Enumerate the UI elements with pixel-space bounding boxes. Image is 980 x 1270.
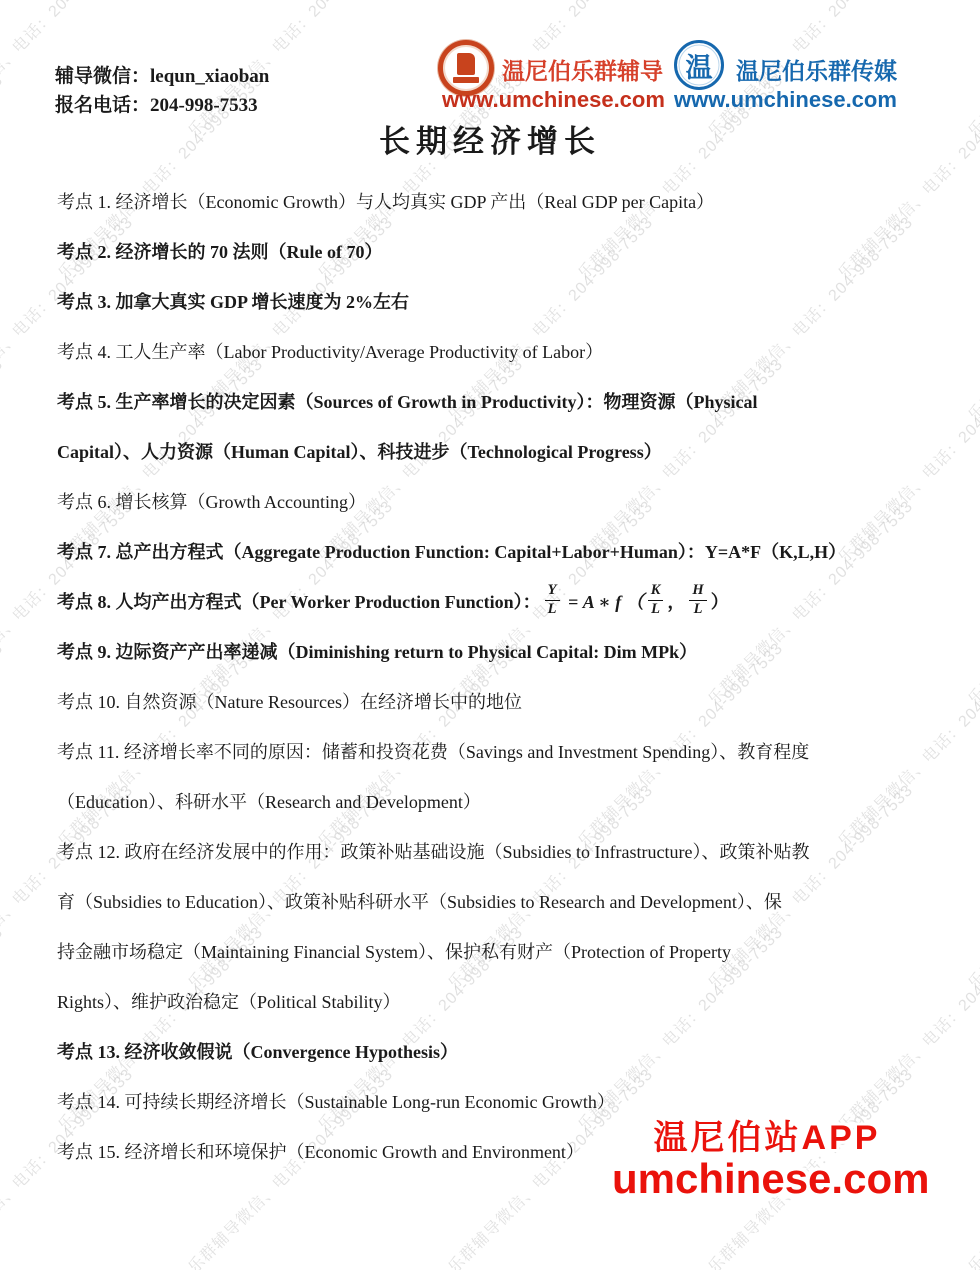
- contact-block: 辅导微信：lequn_xiaoban 报名电话：204-998-7533: [55, 62, 269, 120]
- content-line-12: 考点 11. 经济增长率不同的原因：储蓄和投资花费（Savings and In…: [57, 727, 940, 777]
- content-line-2: 考点 2. 经济增长的 70 法则（Rule of 70）: [57, 227, 940, 277]
- brand-media-name: 温尼伯乐群传媒: [736, 53, 897, 86]
- content-line-4: 考点 4. 工人生产率（Labor Productivity/Average P…: [57, 327, 940, 377]
- brand-media-url: www.umchinese.com: [674, 87, 897, 113]
- brand-tutoring: 温尼伯乐群辅导 www.umchinese.com: [438, 40, 678, 112]
- seal-building-glyph: [457, 53, 475, 75]
- content-line-18: 考点 13. 经济收敛假说（Convergence Hypothesis）: [57, 1027, 940, 1077]
- brand-tutoring-url: www.umchinese.com: [442, 87, 665, 113]
- app-stamp-name: 温尼伯站APP: [612, 1110, 922, 1159]
- content-line-7: 考点 6. 增长核算（Growth Accounting）: [57, 477, 940, 527]
- wen-circle-char: 温: [674, 40, 724, 90]
- brand-tutoring-name: 温尼伯乐群辅导: [502, 53, 663, 86]
- watermark-text: 乐群辅导微信、电话：204-998-7533: [0, 920, 7, 1135]
- watermark-text: 乐群辅导微信、电话：204-998-7533: [0, 68, 7, 283]
- fraction: HL: [689, 583, 706, 618]
- content-lines: 考点 1. 经济增长（Economic Growth）与人均真实 GDP 产出（…: [57, 177, 940, 1177]
- content-line-11: 考点 10. 自然资源（Nature Resources）在经济增长中的地位: [57, 677, 940, 727]
- document-page: 乐群辅导微信、电话：204-998-7533乐群辅导微信、电话：204-998-…: [0, 0, 980, 1270]
- content-line-13: （Education）、科研水平（Research and Developmen…: [57, 777, 940, 827]
- content-line-5: 考点 5. 生产率增长的决定因素（Sources of Growth in Pr…: [57, 377, 940, 427]
- watermark-text: 乐群辅导微信、电话：204-998-7533: [0, 636, 7, 851]
- seal-banner: [453, 77, 479, 83]
- page-title: 长期经济增长: [0, 116, 980, 161]
- watermark-text: 乐群辅导微信、电话：204-998-7533: [962, 210, 980, 425]
- content-line-10: 考点 9. 边际资产产出率递减（Diminishing return to Ph…: [57, 627, 940, 677]
- content-line-9: 考点 8. 人均产出方程式（Per Worker Production Func…: [57, 577, 940, 627]
- content-line-16: 持金融市场稳定（Maintaining Financial System）、保护…: [57, 927, 940, 977]
- fraction: KL: [648, 583, 664, 618]
- app-stamp: 温尼伯站APP umchinese.com: [612, 1110, 922, 1203]
- seal-inner-circle: [443, 45, 489, 91]
- content-line-6: Capital）、人力资源（Human Capital）、科技进步（Techno…: [57, 427, 940, 477]
- app-stamp-url: umchinese.com: [612, 1155, 922, 1203]
- watermark-text: 乐群辅导微信、电话：204-998-7533: [962, 778, 980, 993]
- content-line-3: 考点 3. 加拿大真实 GDP 增长速度为 2%左右: [57, 277, 940, 327]
- content-line-17: Rights）、维护政治稳定（Political Stability）: [57, 977, 940, 1027]
- watermark-text: 乐群辅导微信、电话：204-998-7533: [0, 352, 7, 567]
- content-line-15: 育（Subsidies to Education）、政策补贴科研水平（Subsi…: [57, 877, 940, 927]
- content-line-1: 考点 1. 经济增长（Economic Growth）与人均真实 GDP 产出（…: [57, 177, 940, 227]
- watermark-text: 乐群辅导微信、电话：204-998-7533: [962, 494, 980, 709]
- content-line-14: 考点 12. 政府在经济发展中的作用：政策补贴基础设施（Subsidies to…: [57, 827, 940, 877]
- brand-media: 温 温尼伯乐群传媒 www.umchinese.com: [674, 40, 924, 112]
- contact-wechat: 辅导微信：lequn_xiaoban: [55, 62, 269, 91]
- fraction: YL: [545, 583, 560, 618]
- content-line-8: 考点 7. 总产出方程式（Aggregate Production Functi…: [57, 527, 940, 577]
- wen-circle-logo-icon: 温: [674, 40, 724, 90]
- watermark-text: 乐群辅导微信、电话：204-998-7533: [962, 1062, 980, 1270]
